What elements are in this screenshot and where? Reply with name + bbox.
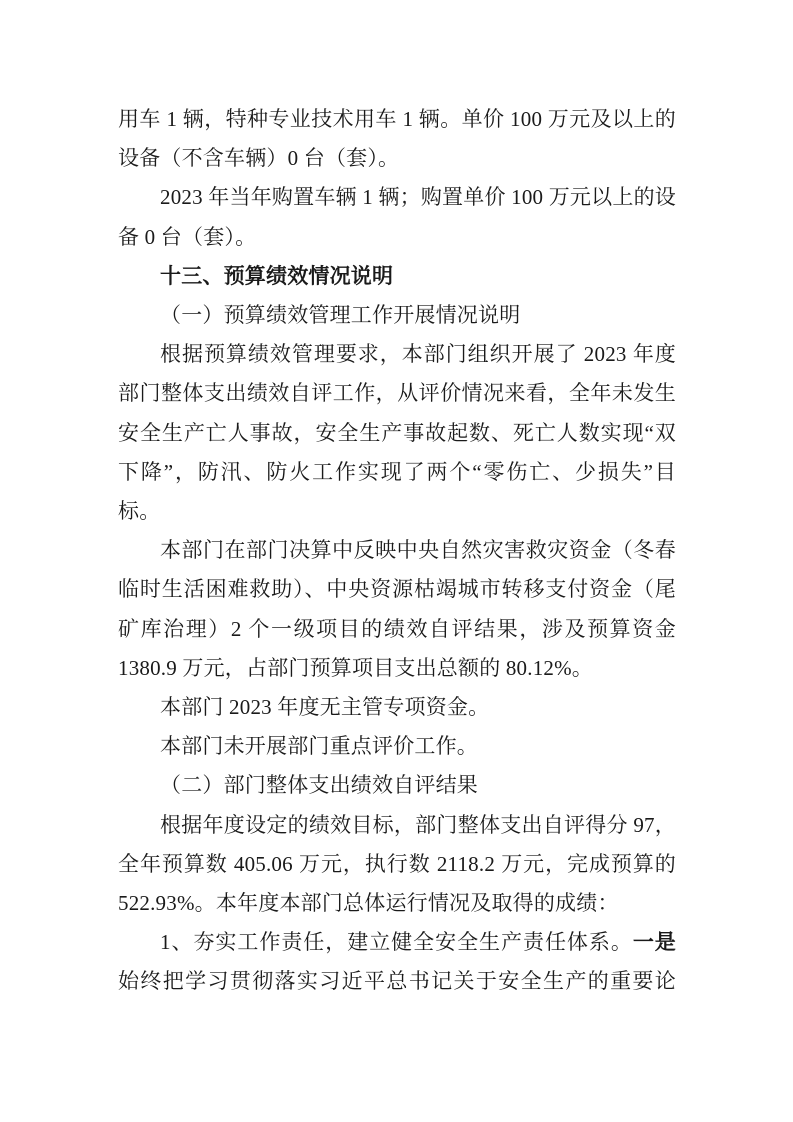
paragraph: 本部门在部门决算中反映中央自然灾害救灾资金（冬春临时生活困难救助）、中央资源枯竭… — [118, 531, 676, 688]
body-text: （二）部门整体支出绩效自评结果 — [160, 773, 478, 797]
text-line: 1、夯实工作责任，建立健全安全生产责任体系。一是 — [118, 923, 676, 962]
body-text: 1380.9 万元，占部门预算项目支出总额的 80.12%。 — [118, 656, 593, 680]
paragraph: 本部门未开展部门重点评价工作。 — [118, 727, 676, 766]
text-line: 部门整体支出绩效自评工作，从评价情况来看，全年未发生 — [118, 374, 676, 413]
text-line: 标。 — [118, 492, 676, 531]
paragraph-continuation: 用车 1 辆，特种专业技术用车 1 辆。单价 100 万元及以上的设备（不含车辆… — [118, 100, 676, 178]
body-text: 2023 年当年购置车辆 1 辆；购置单价 100 万元以上的设 — [160, 185, 676, 209]
body-text: 本部门 2023 年度无主管专项资金。 — [160, 695, 489, 719]
text-line: 临时生活困难救助）、中央资源枯竭城市转移支付资金（尾 — [118, 570, 676, 609]
text-line: 全年预算数 405.06 万元，执行数 2118.2 万元，完成预算的 — [118, 845, 676, 884]
paragraph: 根据年度设定的绩效目标，部门整体支出自评得分 97，全年预算数 405.06 万… — [118, 806, 676, 924]
text-line: 522.93%。本年度本部门总体运行情况及取得的成绩： — [118, 884, 676, 923]
body-text: 本部门在部门决算中反映中央自然灾害救灾资金（冬春 — [160, 538, 676, 562]
bold-text: 十三、预算绩效情况说明 — [160, 265, 393, 288]
body-text: 全年预算数 405.06 万元，执行数 2118.2 万元，完成预算的 — [118, 852, 676, 876]
section-heading: 十三、预算绩效情况说明 — [118, 257, 676, 296]
body-text: 临时生活困难救助）、中央资源枯竭城市转移支付资金（尾 — [118, 577, 676, 601]
body-text: 1、夯实工作责任，建立健全安全生产责任体系。 — [160, 930, 633, 954]
body-text: 下降”，防汛、防火工作实现了两个“零伤亡、少损失”目 — [118, 460, 676, 484]
text-line: （二）部门整体支出绩效自评结果 — [118, 766, 676, 805]
text-line: 根据预算绩效管理要求，本部门组织开展了 2023 年度 — [118, 335, 676, 374]
text-line: 矿库治理）2 个一级项目的绩效自评结果，涉及预算资金 — [118, 610, 676, 649]
text-line: 用车 1 辆，特种专业技术用车 1 辆。单价 100 万元及以上的 — [118, 100, 676, 139]
body-text: 部门整体支出绩效自评工作，从评价情况来看，全年未发生 — [118, 381, 676, 405]
body-text: （一）预算绩效管理工作开展情况说明 — [160, 303, 520, 327]
text-line: 本部门 2023 年度无主管专项资金。 — [118, 688, 676, 727]
document-page: 用车 1 辆，特种专业技术用车 1 辆。单价 100 万元及以上的设备（不含车辆… — [0, 0, 793, 1122]
body-text: 备 0 台（套）。 — [118, 225, 256, 249]
text-line: 设备（不含车辆）0 台（套）。 — [118, 139, 676, 178]
paragraph: 1、夯实工作责任，建立健全安全生产责任体系。一是始终把学习贯彻落实习近平总书记关… — [118, 923, 676, 1001]
body-text: 设备（不含车辆）0 台（套）。 — [118, 146, 399, 170]
paragraph: 根据预算绩效管理要求，本部门组织开展了 2023 年度部门整体支出绩效自评工作，… — [118, 335, 676, 531]
body-text: 标。 — [118, 499, 160, 523]
body-text: 始终把学习贯彻落实习近平总书记关于安全生产的重要论 — [118, 969, 676, 993]
body-text: 522.93%。本年度本部门总体运行情况及取得的成绩： — [118, 891, 619, 915]
text-line: 根据年度设定的绩效目标，部门整体支出自评得分 97， — [118, 806, 676, 845]
text-line: 2023 年当年购置车辆 1 辆；购置单价 100 万元以上的设 — [118, 178, 676, 217]
body-text: 用车 1 辆，特种专业技术用车 1 辆。单价 100 万元及以上的 — [118, 107, 676, 131]
bold-text: 一是 — [633, 931, 676, 954]
body-text: 安全生产亡人事故，安全生产事故起数、死亡人数实现“双 — [118, 421, 676, 445]
body-text: 根据年度设定的绩效目标，部门整体支出自评得分 97， — [160, 813, 676, 837]
body-text: 本部门未开展部门重点评价工作。 — [160, 734, 478, 758]
subsection-heading: （二）部门整体支出绩效自评结果 — [118, 766, 676, 805]
body-text: 根据预算绩效管理要求，本部门组织开展了 2023 年度 — [160, 342, 676, 366]
subsection-heading: （一）预算绩效管理工作开展情况说明 — [118, 296, 676, 335]
paragraph: 本部门 2023 年度无主管专项资金。 — [118, 688, 676, 727]
text-line: 安全生产亡人事故，安全生产事故起数、死亡人数实现“双 — [118, 414, 676, 453]
text-line: （一）预算绩效管理工作开展情况说明 — [118, 296, 676, 335]
body-text: 矿库治理）2 个一级项目的绩效自评结果，涉及预算资金 — [118, 617, 676, 641]
text-line: 下降”，防汛、防火工作实现了两个“零伤亡、少损失”目 — [118, 453, 676, 492]
document-text: 用车 1 辆，特种专业技术用车 1 辆。单价 100 万元及以上的设备（不含车辆… — [118, 100, 676, 1002]
text-line: 备 0 台（套）。 — [118, 218, 676, 257]
text-line: 本部门在部门决算中反映中央自然灾害救灾资金（冬春 — [118, 531, 676, 570]
text-line: 十三、预算绩效情况说明 — [118, 257, 676, 296]
text-line: 1380.9 万元，占部门预算项目支出总额的 80.12%。 — [118, 649, 676, 688]
paragraph: 2023 年当年购置车辆 1 辆；购置单价 100 万元以上的设备 0 台（套）… — [118, 178, 676, 256]
text-line: 本部门未开展部门重点评价工作。 — [118, 727, 676, 766]
text-line: 始终把学习贯彻落实习近平总书记关于安全生产的重要论 — [118, 962, 676, 1001]
